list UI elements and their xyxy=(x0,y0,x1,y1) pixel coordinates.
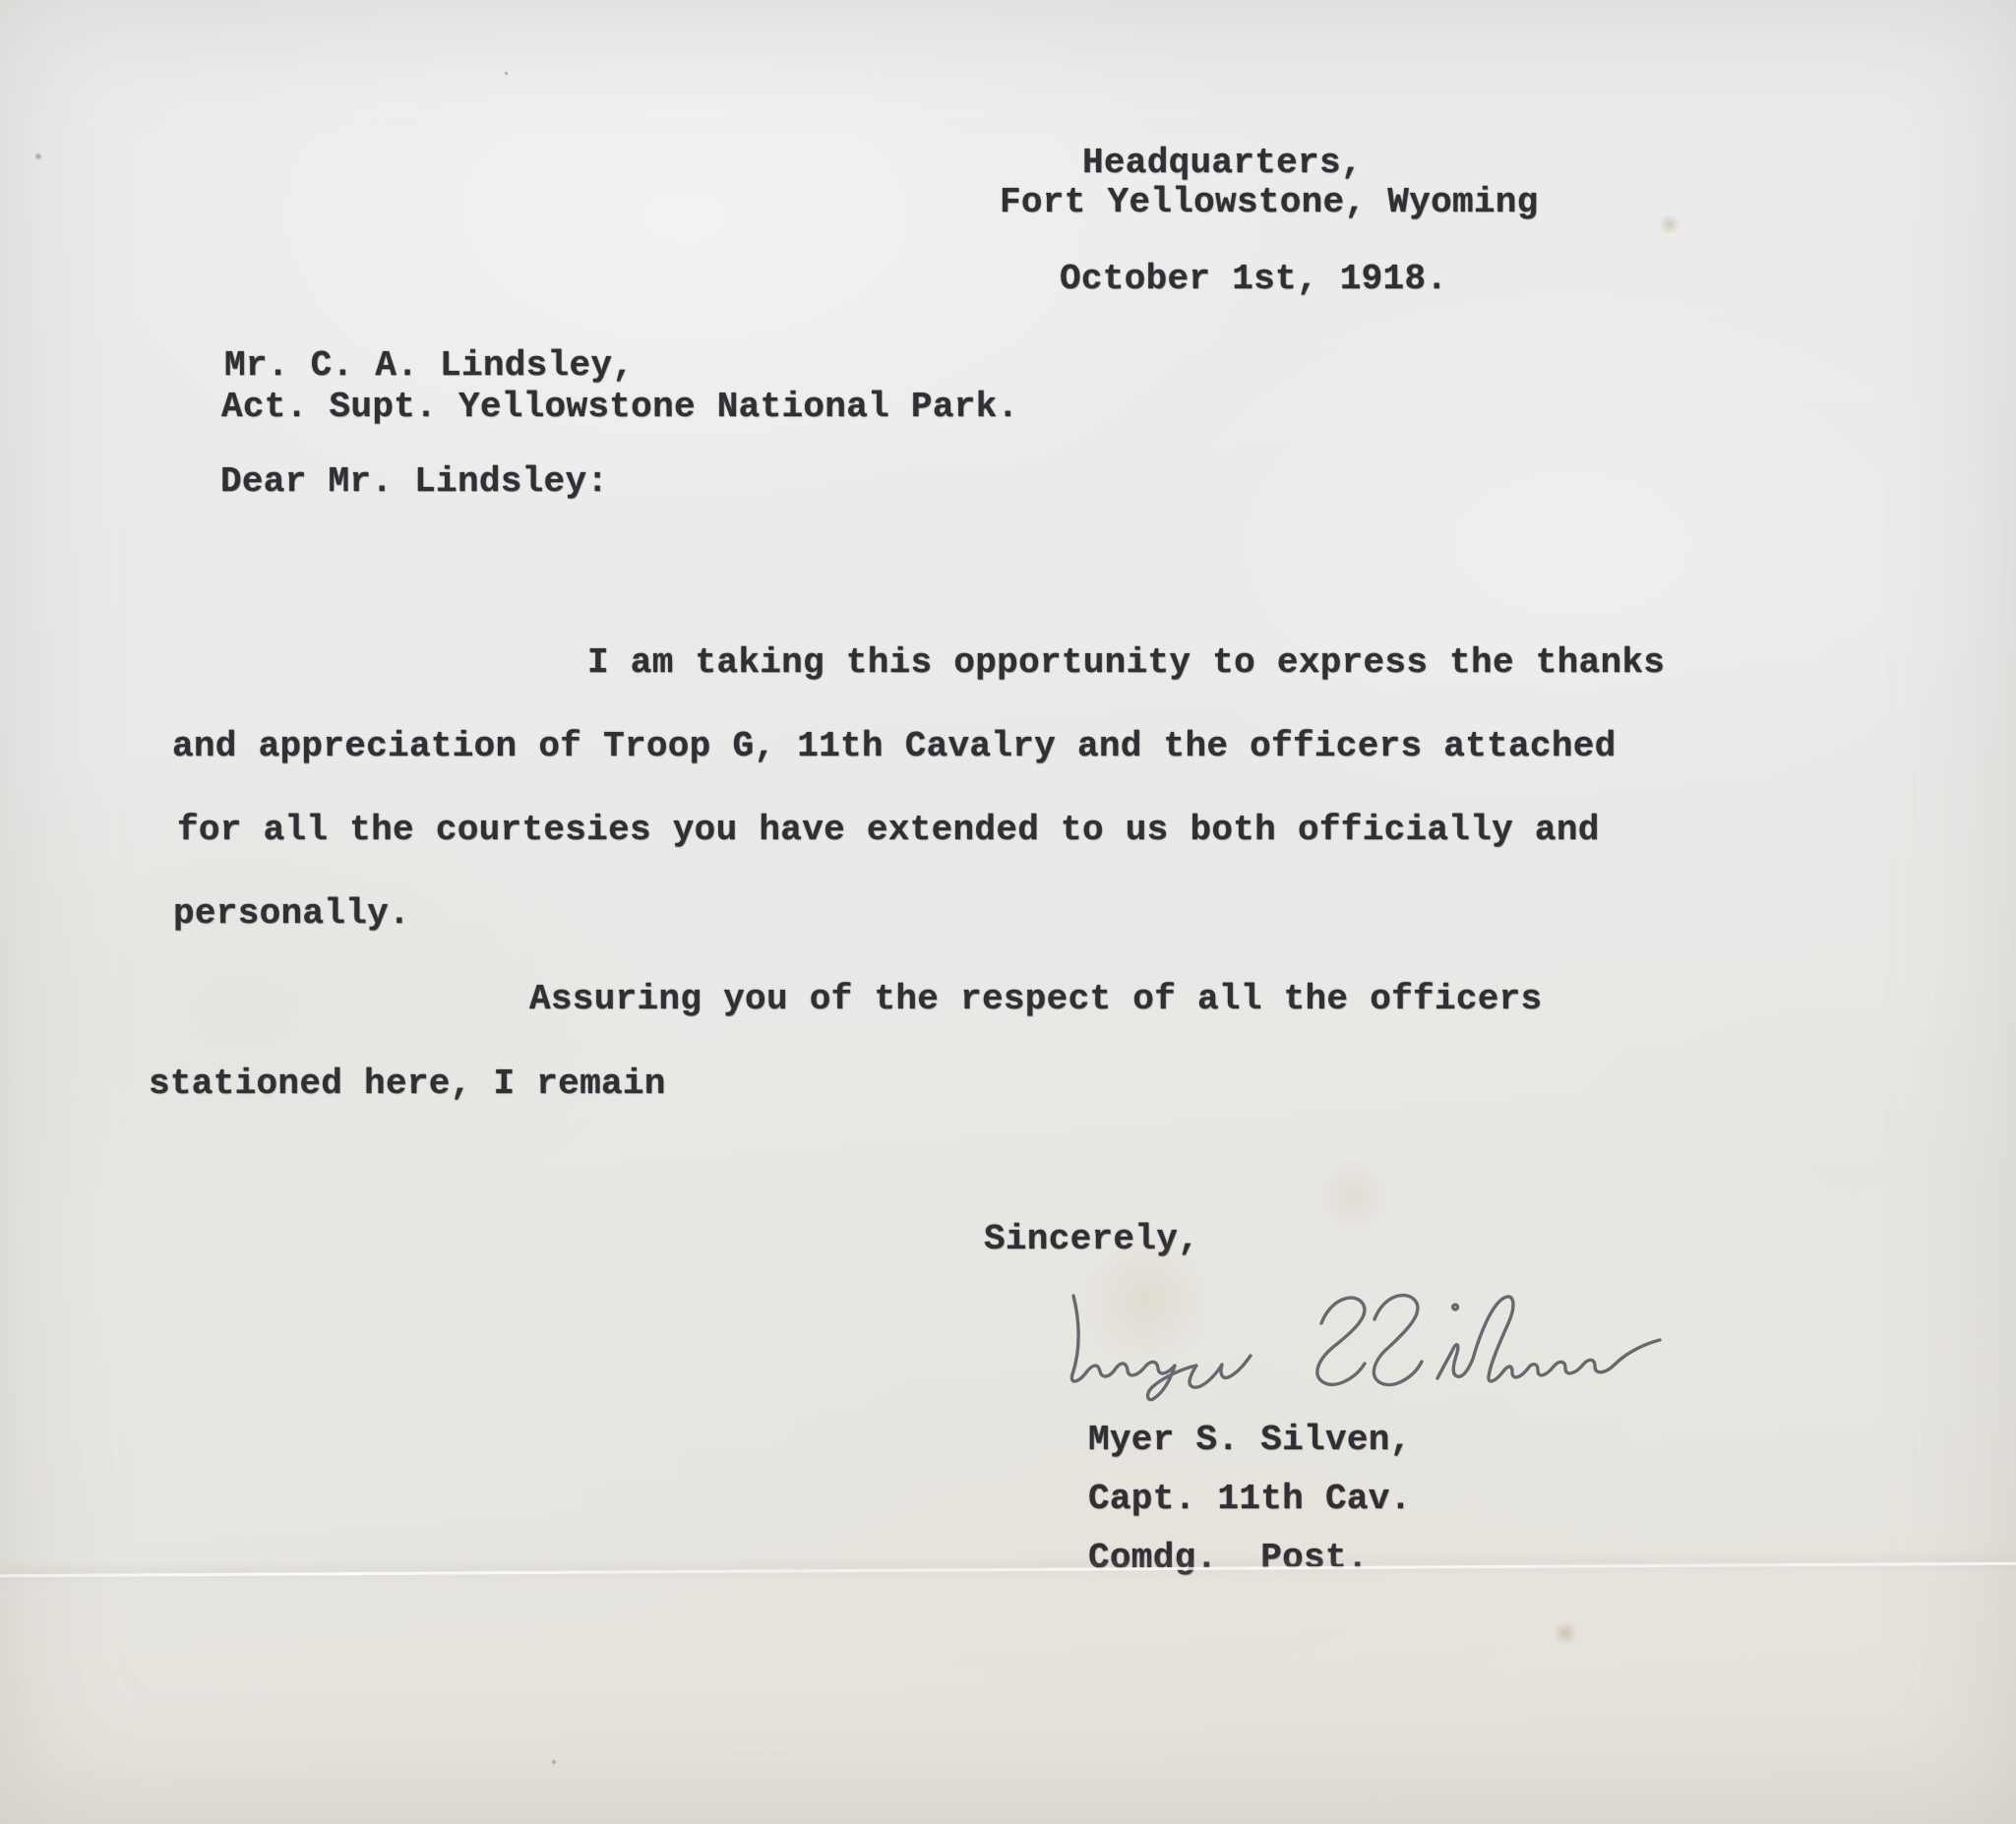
body-paragraph1-line4: personally. xyxy=(173,896,410,932)
signature-handwriting xyxy=(1058,1284,1697,1422)
fold-crease xyxy=(0,1562,2016,1578)
body-paragraph1-line2: and appreciation of Troop G, 11th Cavalr… xyxy=(172,729,1617,764)
recipient-name: Mr. C. A. Lindsley, xyxy=(224,348,634,384)
salutation: Dear Mr. Lindsley: xyxy=(220,464,608,500)
letter-page: Headquarters, Fort Yellowstone, Wyoming … xyxy=(0,0,2016,1824)
signature-name-typed: Myer S. Silven, xyxy=(1088,1423,1412,1458)
recipient-title: Act. Supt. Yellowstone National Park. xyxy=(221,390,1018,425)
heading-office: Headquarters, xyxy=(1082,146,1363,181)
paper-speck xyxy=(34,152,42,160)
stain-spot xyxy=(1659,214,1680,234)
body-paragraph2-line2: stationed here, I remain xyxy=(149,1066,666,1102)
body-paragraph2-line1: Assuring you of the respect of all the o… xyxy=(529,982,1542,1017)
body-paragraph1-line3: for all the courtesies you have extended… xyxy=(177,813,1600,848)
heading-location: Fort Yellowstone, Wyoming xyxy=(1000,185,1539,220)
stain-spot xyxy=(1553,1621,1578,1645)
signature-rank: Capt. 11th Cav. xyxy=(1088,1482,1412,1517)
paper-speck xyxy=(551,1759,557,1765)
signature-role: Comdg. Post. xyxy=(1088,1541,1369,1576)
stain-smudge xyxy=(1309,1161,1397,1230)
body-paragraph1-line1: I am taking this opportunity to express … xyxy=(587,645,1665,681)
paper-speck xyxy=(504,71,509,76)
heading-date: October 1st, 1918. xyxy=(1060,262,1447,297)
closing: Sincerely, xyxy=(984,1222,1199,1257)
